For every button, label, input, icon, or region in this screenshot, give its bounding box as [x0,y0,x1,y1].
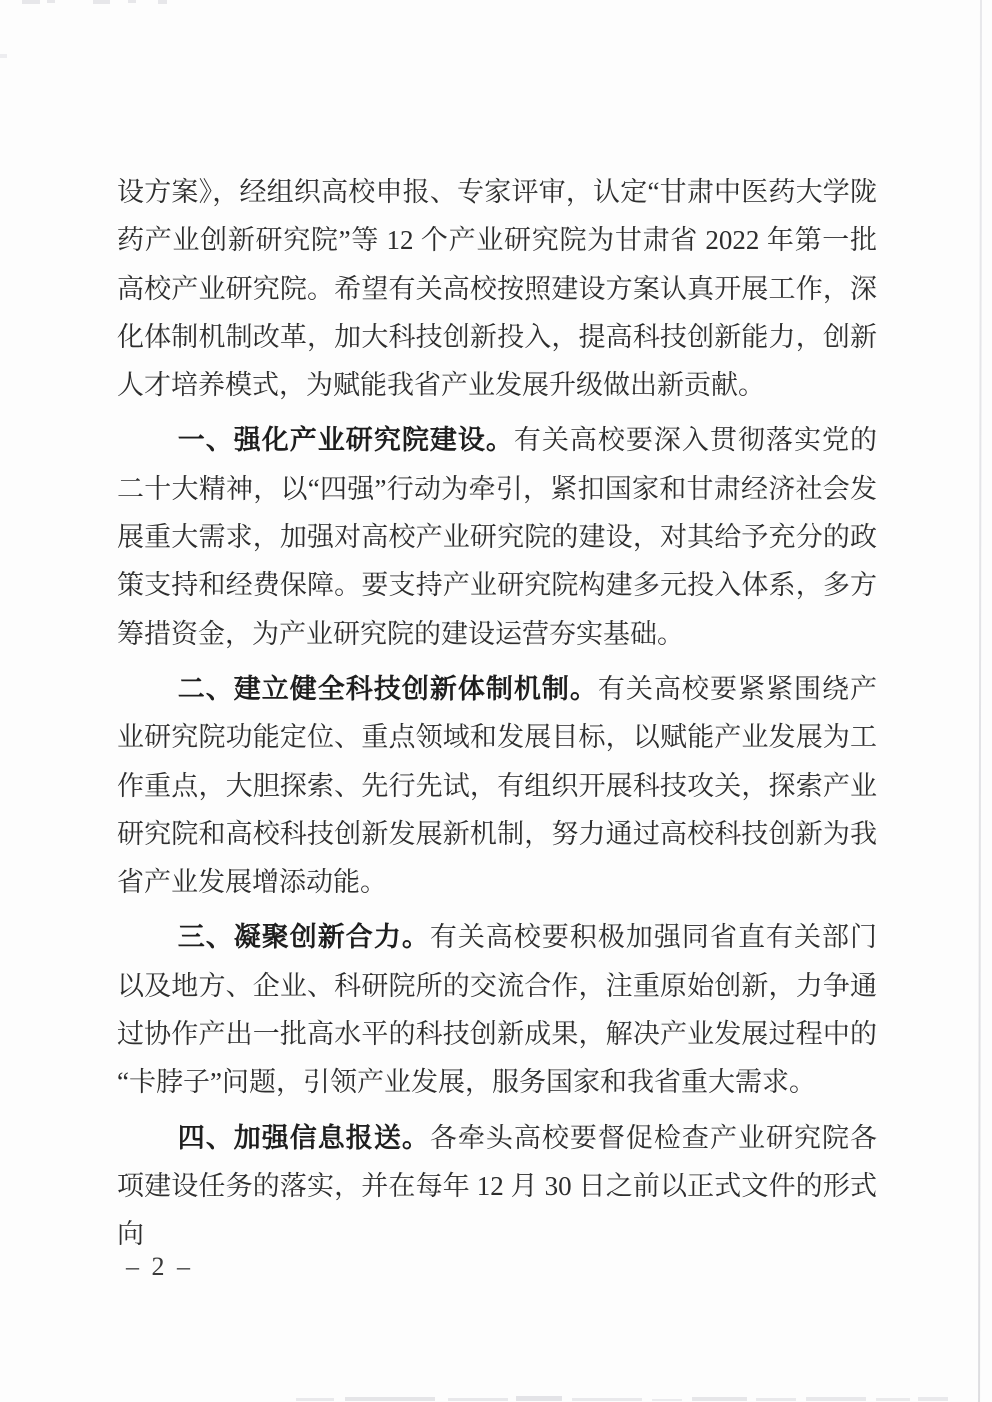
paragraph-section-3: 三、凝聚创新合力。有关高校要积极加强同省直有关部门以及地方、企业、科研院所的交流… [117,913,877,1106]
paragraph-body: 设方案》，经组织高校申报、专家评审，认定“甘肃中医药大学陇药产业创新研究院”等 … [117,177,877,400]
scan-artifact-bottom [448,1398,508,1401]
paragraph-section-2: 二、建立健全科技创新体制机制。有关高校要紧紧围绕产业研究院功能定位、重点领域和发… [117,665,877,906]
page-number: – 2 – [126,1252,193,1282]
paragraph-body: 有关高校要深入贯彻落实党的二十大精神，以“四强”行动为牵引，紧扣国家和甘肃经济社… [117,425,877,648]
scan-artifact-bottom [876,1398,910,1401]
paragraph-heading: 四、加强信息报送。 [178,1123,430,1153]
scan-artifact-bottom [652,1399,682,1401]
paragraph-section-4: 四、加强信息报送。各牵头高校要督促检查产业研究院各项建设任务的落实，并在每年 1… [117,1114,877,1259]
scan-artifact-top [22,0,40,4]
scan-artifact-bottom [918,1397,948,1401]
scan-artifact-bottom [692,1397,747,1401]
scan-artifact-top [128,0,136,3]
document-body: 设方案》，经组织高校申报、专家评审，认定“甘肃中医药大学陇药产业创新研究院”等 … [117,168,877,1266]
scan-artifact-bottom [296,1398,334,1401]
scan-artifact-bottom [756,1398,796,1401]
scan-line-right-edge [978,0,982,1402]
scan-artifact-bottom [345,1397,435,1401]
scan-artifact-top [158,0,167,4]
scan-artifact-bottom [806,1397,866,1401]
paragraph-heading: 一、强化产业研究院建设。 [178,425,514,455]
paragraph-body: 有关高校要紧紧围绕产业研究院功能定位、重点领域和发展目标，以赋能产业发展为工作重… [117,674,877,897]
document-page: 设方案》，经组织高校申报、专家评审，认定“甘肃中医药大学陇药产业创新研究院”等 … [0,0,992,1402]
paragraph-section-1: 一、强化产业研究院建设。有关高校要深入贯彻落实党的二十大精神，以“四强”行动为牵… [117,416,877,657]
paragraph-heading: 二、建立健全科技创新体制机制。 [178,674,598,704]
scan-artifact-left [0,54,7,58]
paragraph-continuation: 设方案》，经组织高校申报、专家评审，认定“甘肃中医药大学陇药产业创新研究院”等 … [117,168,877,409]
paragraph-heading: 三、凝聚创新合力。 [178,922,430,952]
scan-artifact-bottom [572,1398,642,1401]
scan-artifact-top [47,0,55,3]
scan-artifact-top [93,0,110,4]
scan-artifact-bottom [516,1396,562,1401]
